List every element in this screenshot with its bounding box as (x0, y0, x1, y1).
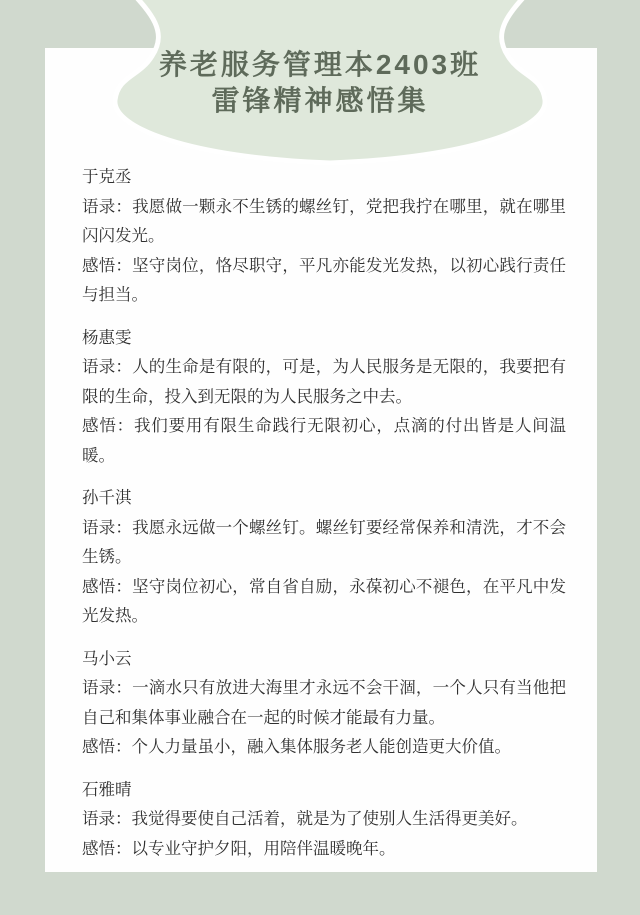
quote-text: 人的生命是有限的，可是，为人民服务是无限的，我要把有限的生命，投入到无限的为人民… (82, 357, 566, 406)
entry: 石雅晴 语录：我觉得要使自己活着，就是为了使别人生活得更美好。 感悟：以专业守护… (82, 775, 566, 864)
quote-label: 语录： (82, 357, 132, 376)
reflection-label: 感悟： (82, 839, 132, 858)
entries-list: 于克丞 语录：我愿做一颗永不生锈的螺丝钉，党把我拧在哪里，就在哪里闪闪发光。 感… (82, 162, 566, 876)
quote-label: 语录： (82, 809, 132, 828)
quote-text: 一滴水只有放进大海里才永远不会干涸，一个人只有当他把自己和集体事业融合在一起的时… (82, 678, 566, 727)
reflection-text: 个人力量虽小，融入集体服务老人能创造更大价值。 (132, 737, 512, 756)
quote-paragraph: 语录：人的生命是有限的，可是，为人民服务是无限的，我要把有限的生命，投入到无限的… (82, 352, 566, 411)
entry: 于克丞 语录：我愿做一颗永不生锈的螺丝钉，党把我拧在哪里，就在哪里闪闪发光。 感… (82, 162, 566, 310)
quote-label: 语录： (82, 518, 132, 537)
quote-text: 我觉得要使自己活着，就是为了使别人生活得更美好。 (132, 809, 528, 828)
quote-paragraph: 语录：我愿做一颗永不生锈的螺丝钉，党把我拧在哪里，就在哪里闪闪发光。 (82, 192, 566, 251)
quote-paragraph: 语录：我觉得要使自己活着，就是为了使别人生活得更美好。 (82, 804, 566, 834)
reflection-paragraph: 感悟：我们要用有限生命践行无限初心，点滴的付出皆是人间温暖。 (82, 411, 566, 470)
page-title-line1: 养老服务管理本2403班 (0, 47, 640, 83)
quote-paragraph: 语录：我愿永远做一个螺丝钉。螺丝钉要经常保养和清洗，才不会生锈。 (82, 513, 566, 572)
entry: 孙千淇 语录：我愿永远做一个螺丝钉。螺丝钉要经常保养和清洗，才不会生锈。 感悟：… (82, 483, 566, 631)
page-title-line2: 雷锋精神感悟集 (0, 83, 640, 119)
reflection-text: 坚守岗位初心，常自省自励，永葆初心不褪色，在平凡中发光发热。 (82, 577, 566, 626)
reflection-paragraph: 感悟：个人力量虽小，融入集体服务老人能创造更大价值。 (82, 732, 566, 762)
quote-paragraph: 语录：一滴水只有放进大海里才永远不会干涸，一个人只有当他把自己和集体事业融合在一… (82, 673, 566, 732)
page-title: 养老服务管理本2403班 雷锋精神感悟集 (0, 47, 640, 119)
reflection-text: 以专业守护夕阳，用陪伴温暖晚年。 (132, 839, 396, 858)
entry: 马小云 语录：一滴水只有放进大海里才永远不会干涸，一个人只有当他把自己和集体事业… (82, 644, 566, 762)
reflection-paragraph: 感悟：坚守岗位，恪尽职守，平凡亦能发光发热，以初心践行责任与担当。 (82, 251, 566, 310)
student-name: 石雅晴 (82, 775, 566, 805)
quote-text: 我愿永远做一个螺丝钉。螺丝钉要经常保养和清洗，才不会生锈。 (82, 518, 566, 567)
student-name: 马小云 (82, 644, 566, 674)
reflection-label: 感悟： (82, 256, 132, 275)
reflection-label: 感悟： (82, 416, 134, 435)
reflection-paragraph: 感悟：坚守岗位初心，常自省自励，永葆初心不褪色，在平凡中发光发热。 (82, 572, 566, 631)
quote-label: 语录： (82, 197, 132, 216)
reflection-label: 感悟： (82, 577, 132, 596)
reflection-text: 我们要用有限生命践行无限初心，点滴的付出皆是人间温暖。 (82, 416, 566, 465)
student-name: 于克丞 (82, 162, 566, 192)
quote-label: 语录： (82, 678, 132, 697)
student-name: 孙千淇 (82, 483, 566, 513)
entry: 杨惠雯 语录：人的生命是有限的，可是，为人民服务是无限的，我要把有限的生命，投入… (82, 323, 566, 471)
student-name: 杨惠雯 (82, 323, 566, 353)
reflection-label: 感悟： (82, 737, 132, 756)
quote-text: 我愿做一颗永不生锈的螺丝钉，党把我拧在哪里，就在哪里闪闪发光。 (82, 197, 566, 246)
reflection-text: 坚守岗位，恪尽职守，平凡亦能发光发热，以初心践行责任与担当。 (82, 256, 566, 305)
reflection-paragraph: 感悟：以专业守护夕阳，用陪伴温暖晚年。 (82, 834, 566, 864)
